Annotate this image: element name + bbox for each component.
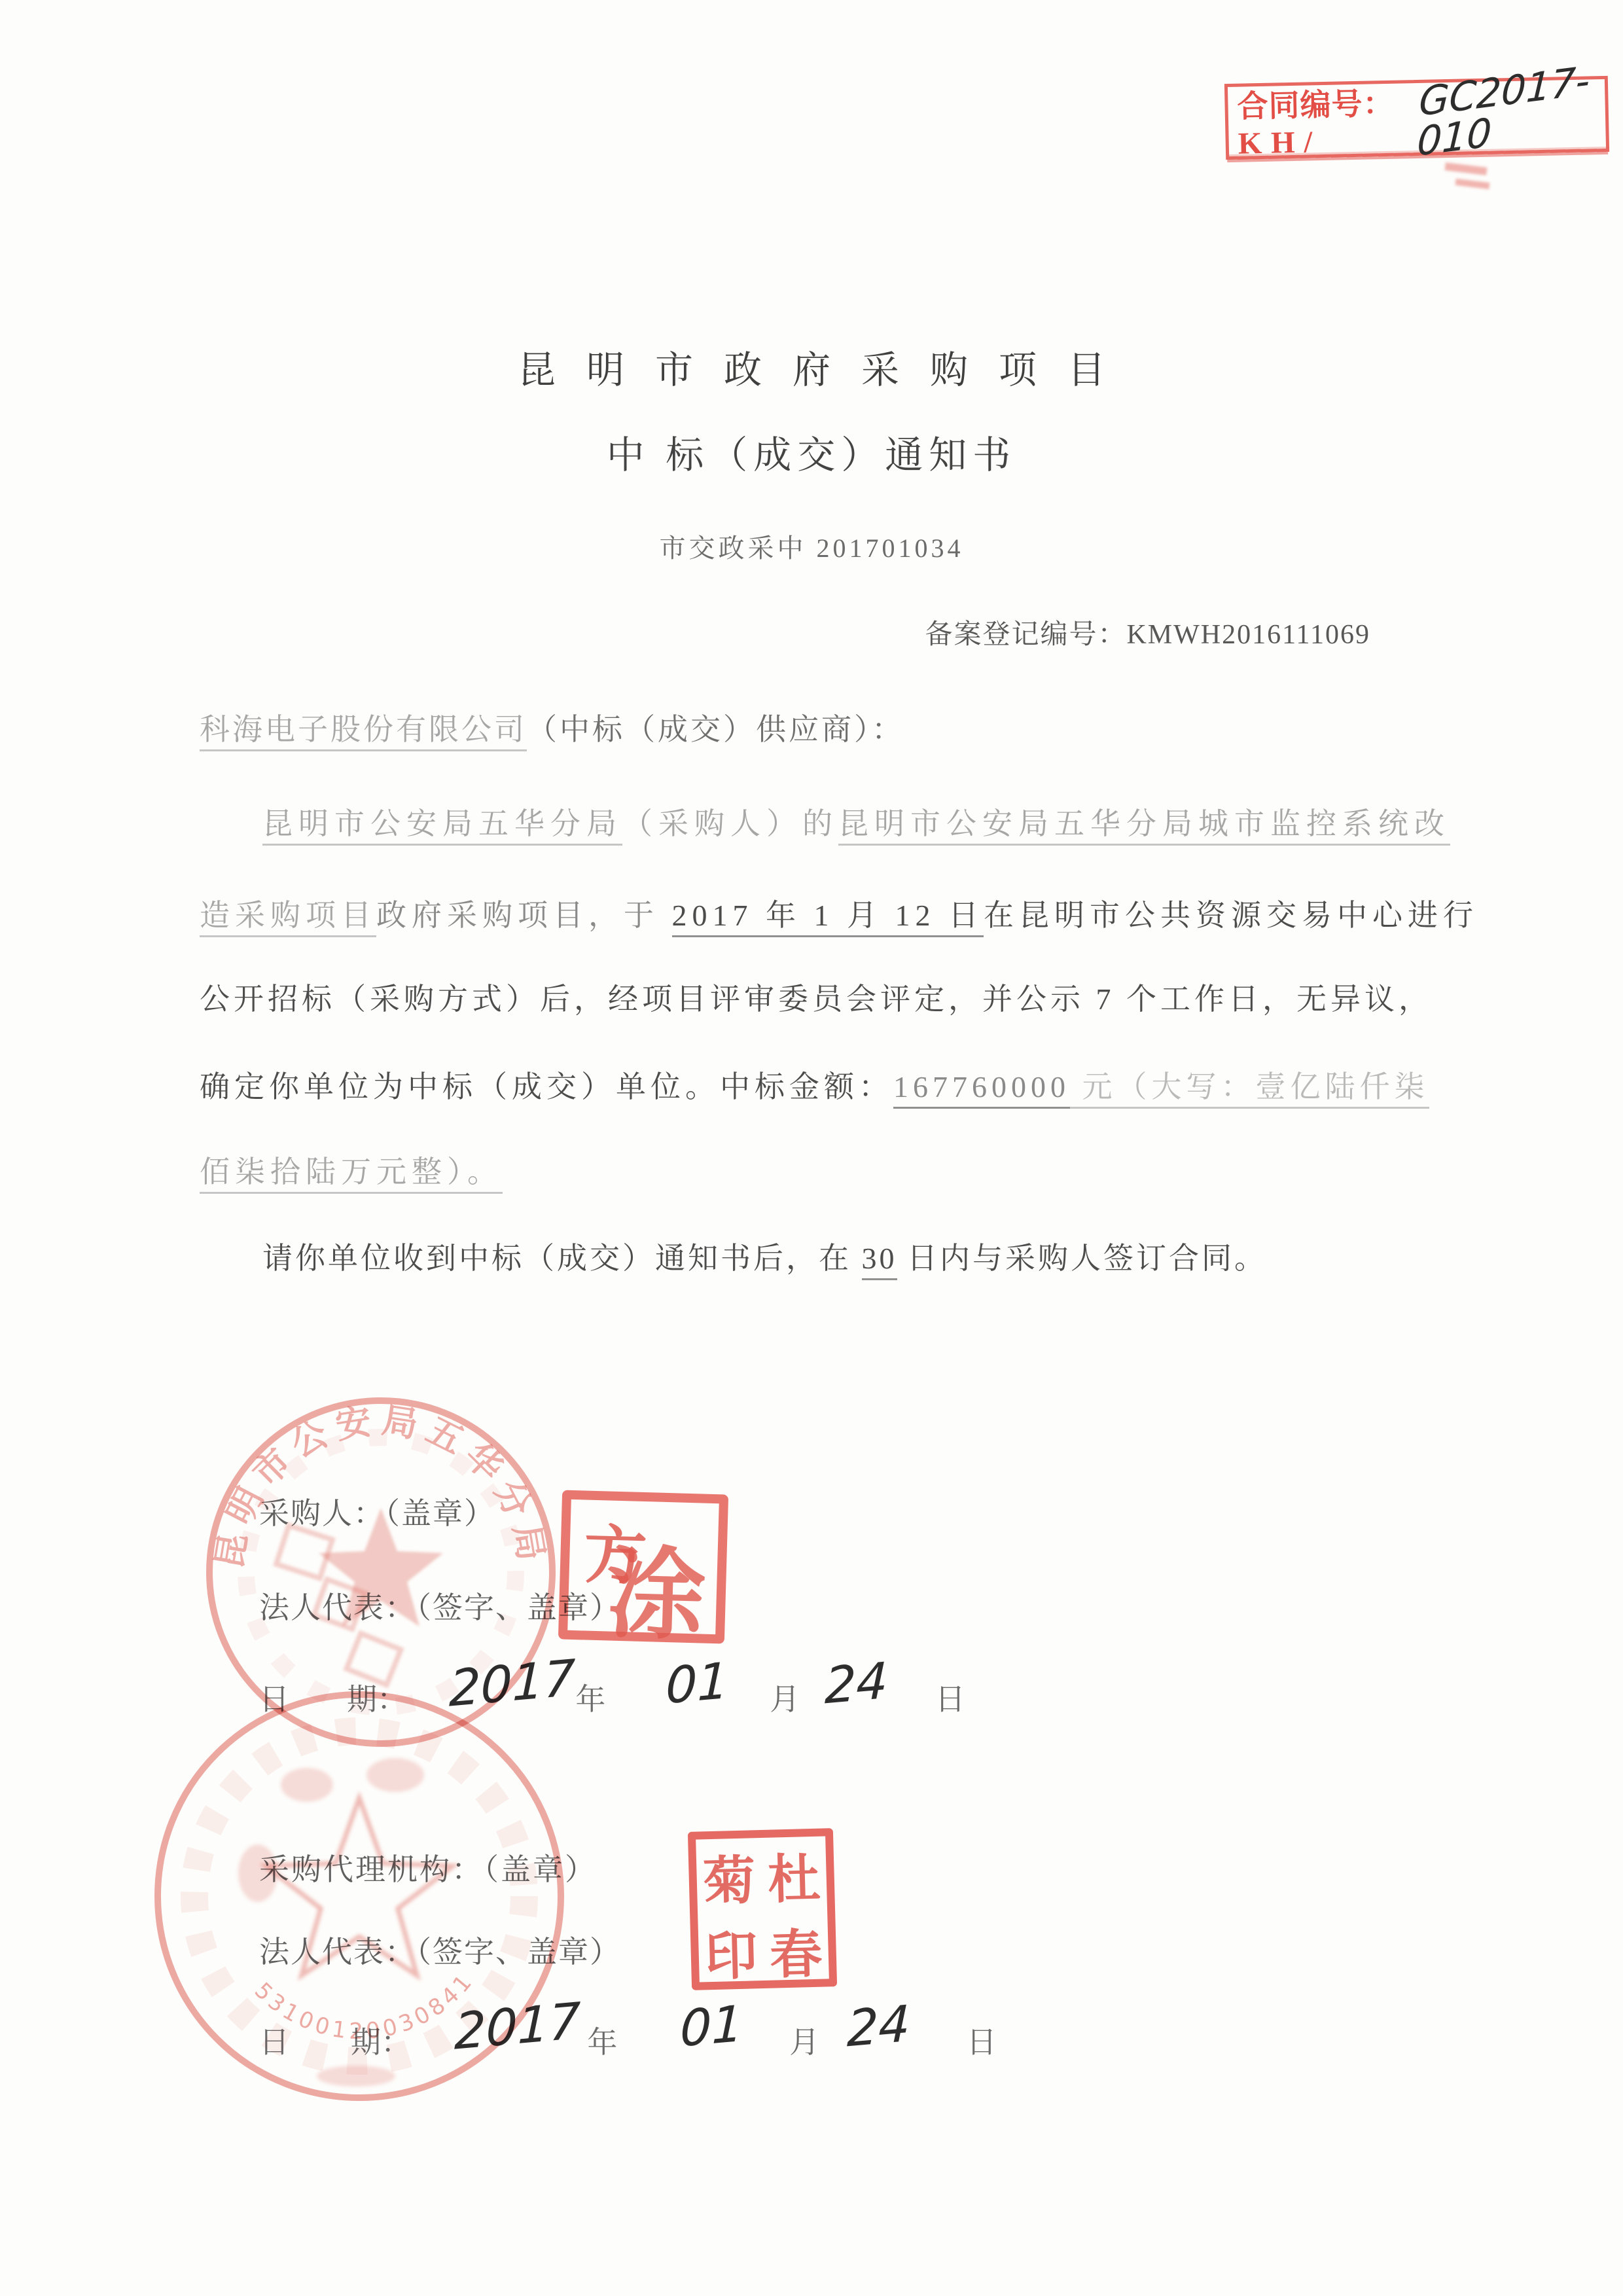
- recipient-line: 科海电子股份有限公司（中标（成交）供应商）：: [200, 706, 904, 749]
- seal-arc-text: 昆明市公安局五华分局: [209, 1401, 552, 1571]
- seal-character: 印: [704, 1913, 758, 1990]
- amount-in-words-part2: 佰柒拾陆万元整）。: [200, 1155, 503, 1194]
- purchaser-role: （采购人）的: [622, 807, 838, 840]
- purchaser-name-underlined: 昆明市公安局五华分局: [262, 807, 622, 846]
- date-month-unit: 月: [789, 2026, 819, 2059]
- date-year-unit: 年: [587, 2026, 617, 2059]
- stamp-smudge-mark: [1445, 162, 1488, 175]
- doc-number: 市交政采中 201701034: [660, 528, 964, 565]
- date-ri: 日: [259, 1683, 289, 1716]
- amount-in-words-part1: 元（大写：壹亿陆仟柒: [1070, 1070, 1429, 1109]
- body-line-4: 确定你单位为中标（成交）单位。中标金额：167760000 元（大写：壹亿陆仟柒: [200, 1063, 1429, 1106]
- supplier-company-name: 科海电子股份有限公司: [200, 713, 527, 751]
- handwritten-day: 24: [847, 1999, 911, 2054]
- project-name-part1: 昆明市公安局五华分局城市监控系统改: [838, 807, 1450, 846]
- body-text: 公开招标（采购方式）后，经项目评审委员会评定，并公示 7 个工作日，无异议，: [200, 982, 1433, 1016]
- handwritten-day: 24: [825, 1656, 889, 1712]
- bid-opening-date-underlined: 2017 年 1 月 12 日: [672, 899, 984, 937]
- seal-character: 涂: [605, 1513, 708, 1659]
- date-year-unit: 年: [575, 1683, 605, 1716]
- agency-seal-label: 采购代理机构：（盖章）: [259, 1846, 597, 1889]
- date-ri: 日: [259, 2026, 289, 2059]
- body-text: 确定你单位为中标（成交）单位。中标金额：: [200, 1070, 893, 1103]
- seal-character: 菊: [702, 1838, 757, 1914]
- body-line-3: 公开招标（采购方式）后，经项目评审委员会评定，并公示 7 个工作日，无异议，: [200, 975, 1433, 1018]
- contract-number-handwritten: GC2017-010: [1416, 59, 1606, 162]
- award-amount-underlined: 167760000: [893, 1070, 1070, 1109]
- purchaser-date-line: 日期：2017年01月24日: [259, 1668, 965, 1719]
- body-line-5: 佰柒拾陆万元整）。: [200, 1148, 503, 1191]
- contract-number-label: 合同编号：K H /: [1237, 79, 1415, 162]
- agency-date-line: 日期：2017年01月24日: [259, 2011, 997, 2062]
- date-qi: 期：: [347, 1683, 407, 1716]
- agency-legal-rep-label: 法人代表：（签字、盖章）: [259, 1928, 621, 1971]
- body-text: 请你单位收到中标（成交）通知书后，在: [262, 1242, 862, 1275]
- date-day-unit: 日: [967, 2026, 997, 2059]
- date-month-unit: 月: [770, 1683, 800, 1716]
- contract-days-underlined: 30: [862, 1242, 897, 1280]
- purchaser-seal-label: 采购人：（盖章）: [259, 1490, 495, 1533]
- handwritten-month: 01: [680, 1999, 744, 2054]
- doc-number-row: 市交政采中 201701034: [0, 528, 1623, 565]
- handwritten-year: 2017: [449, 1653, 576, 1713]
- body-line-2: 造采购项目政府采购项目，于 2017 年 1 月 12 日在昆明市公共资源交易中…: [200, 891, 1478, 935]
- page-subtitle: 中 标（成交）通知书: [607, 424, 1017, 479]
- date-day-unit: 日: [935, 1683, 965, 1716]
- document-subtitle-row: 中 标（成交）通知书: [0, 424, 1623, 479]
- seal-character: 春: [769, 1912, 823, 1988]
- page-title: 昆明市政府采购项目: [518, 339, 1136, 394]
- handwritten-year: 2017: [454, 1996, 581, 2056]
- supplier-suffix: （中标（成交）供应商）：: [527, 713, 904, 746]
- body-line-1: 昆明市公安局五华分局（采购人）的昆明市公安局五华分局城市监控系统改: [262, 800, 1450, 843]
- seal-character: 杜: [767, 1837, 821, 1913]
- scanned-document-page: { "page": {"width": 2480, "height": 3508…: [0, 0, 1623, 2296]
- handwritten-month: 01: [666, 1656, 730, 1712]
- registration-number: 备案登记编号：KMWH2016111069: [925, 613, 1370, 652]
- document-title-row: 昆明市政府采购项目: [0, 339, 1623, 394]
- svg-text:昆明市公安局五华分局: 昆明市公安局五华分局: [209, 1401, 552, 1571]
- project-name-part2: 造采购项目: [200, 899, 376, 937]
- body-line-6: 请你单位收到中标（成交）通知书后，在 30 日内与采购人签订合同。: [262, 1234, 1267, 1278]
- date-qi: 期：: [351, 2026, 411, 2059]
- body-text: 日内与采购人签订合同。: [897, 1242, 1268, 1275]
- contract-number-stamp-box: 合同编号：K H / GC2017-010: [1224, 76, 1609, 160]
- agency-personal-name-seal: 菊 杜 印 春: [688, 1828, 837, 1990]
- stamp-smudge-mark: [1455, 179, 1490, 189]
- purchaser-personal-name-seal: 方 涂: [558, 1490, 728, 1643]
- body-text: 政府采购项目，于: [376, 899, 672, 932]
- body-text: 在昆明市公共资源交易中心进行: [984, 899, 1478, 932]
